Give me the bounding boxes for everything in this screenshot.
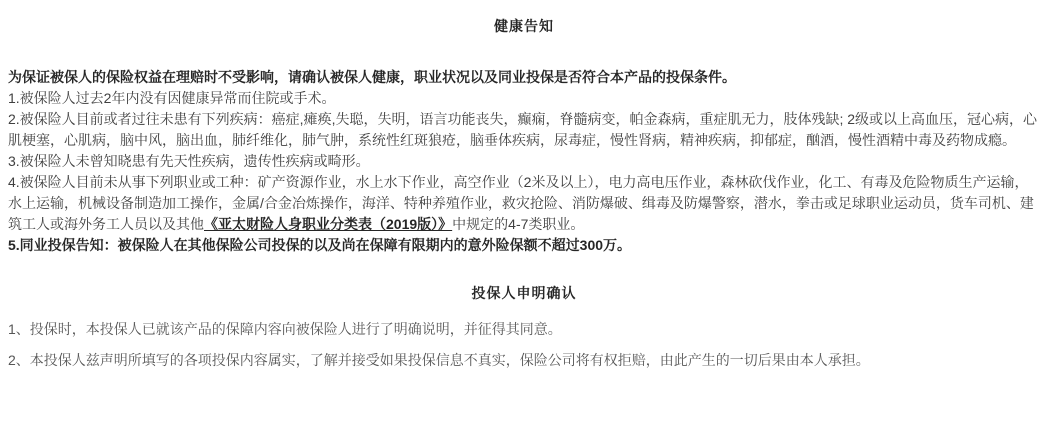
declaration-item-2: 2、本投保人兹声明所填写的各项投保内容属实，了解并接受如果投保信息不真实，保险公… — [8, 350, 1040, 371]
health-item-2: 2.被保险人目前或者过往未患有下列疾病：癌症,瘫痪,失聪，失明，语言功能丧失，癫… — [8, 109, 1040, 151]
health-item-4-suffix: 中规定的4-7类职业。 — [452, 216, 584, 232]
health-item-1: 1.被保险人过去2年内没有因健康异常而住院或手术。 — [8, 88, 1040, 109]
health-notice-intro: 为保证被保人的保险权益在理赔时不受影响，请确认被保人健康，职业状况以及同业投保是… — [8, 67, 1040, 88]
health-item-5: 5.同业投保告知：被保险人在其他保险公司投保的以及尚在保障有限期内的意外险保额不… — [8, 235, 1040, 256]
health-item-3: 3.被保险人未曾知晓患有先天性疾病，遗传性疾病或畸形。 — [8, 151, 1040, 172]
declaration-title: 投保人申明确认 — [8, 283, 1040, 303]
page-title: 健康告知 — [8, 16, 1040, 36]
health-notice-section: 为保证被保人的保险权益在理赔时不受影响，请确认被保人健康，职业状况以及同业投保是… — [8, 67, 1040, 256]
occupation-class-table-link[interactable]: 《亚太财险人身职业分类表（2019版）》 — [204, 216, 452, 232]
declaration-section: 1、投保时，本投保人已就该产品的保障内容向被保险人进行了明确说明，并征得其同意。… — [8, 319, 1040, 371]
declaration-item-1: 1、投保时，本投保人已就该产品的保障内容向被保险人进行了明确说明，并征得其同意。 — [8, 319, 1040, 340]
health-notice-page: 健康告知 为保证被保人的保险权益在理赔时不受影响，请确认被保人健康，职业状况以及… — [0, 0, 1050, 435]
health-item-4: 4.被保险人目前未从事下列职业或工种：矿产资源作业，水上水下作业，高空作业（2米… — [8, 172, 1040, 235]
